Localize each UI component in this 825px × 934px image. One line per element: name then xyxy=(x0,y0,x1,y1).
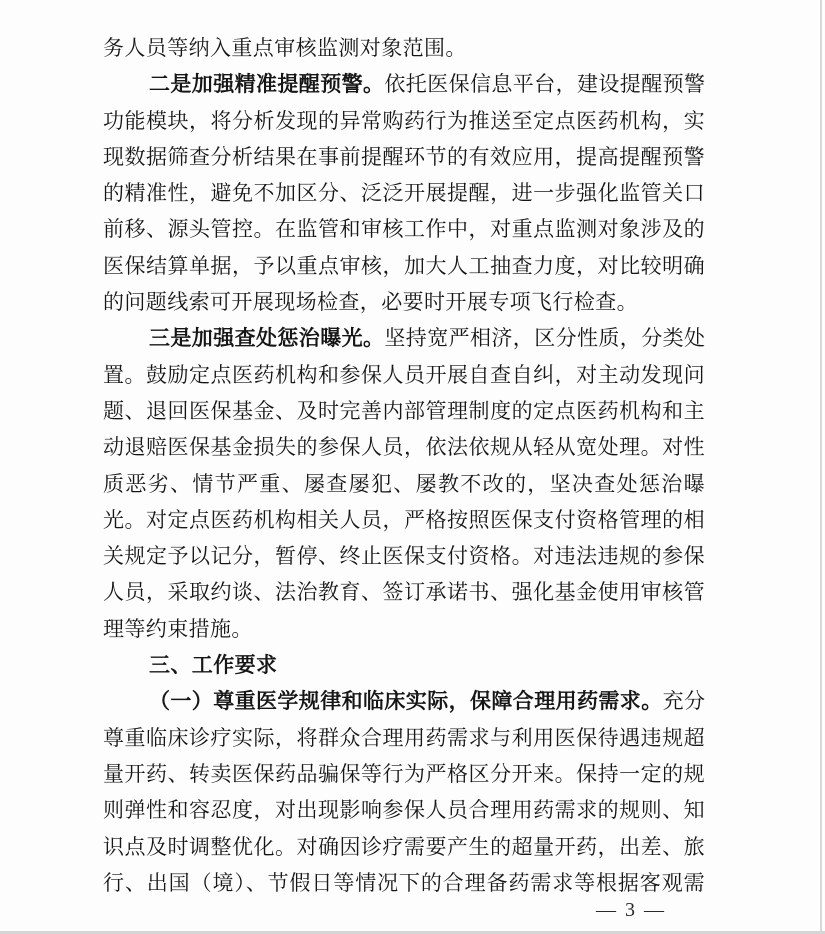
text-segment: 光。对定点医药机构相关人员，严格按照医保支付资格管理的相 xyxy=(103,508,705,532)
text-line: 量开药、转卖医保药品骗保等行为严格区分开来。保持一定的规 xyxy=(103,756,705,792)
text-line: 的问题线索可开展现场检查，必要时开展专项飞行检查。 xyxy=(103,284,705,320)
bold-text-segment: 三是加强查处惩治曝光。 xyxy=(149,326,384,350)
text-line: 功能模块，将分析发现的异常购药行为推送至定点医药机构，实 xyxy=(103,103,705,139)
text-line: 则弹性和容忍度，对出现影响参保人员合理用药需求的规则、知 xyxy=(103,792,705,828)
bold-text-segment: （一）尊重医学规律和临床实际，保障合理用药需求。 xyxy=(149,689,663,713)
text-line: 理等约束措施。 xyxy=(103,611,705,647)
text-segment: 质恶劣、情节严重、屡查屡犯、屡教不改的，坚决查处惩治曝 xyxy=(103,472,705,496)
text-segment: 行、出国（境）、节假日等情况下的合理备药需求等根据客观需 xyxy=(103,871,705,895)
text-line: 务人员等纳入重点审核监测对象范围。 xyxy=(103,30,705,66)
text-segment: 尊重临床诊疗实际，将群众合理用药需求与利用医保待遇违规超 xyxy=(103,726,705,750)
text-line: 二是加强精准提醒预警。依托医保信息平台，建设提醒预警 xyxy=(103,66,705,102)
text-segment: 置。鼓励定点医药机构和参保人员开展自查自纠，对主动发现问 xyxy=(103,363,705,387)
text-segment: 动退赔医保基金损失的参保人员，依法依规从轻从宽处理。对性 xyxy=(103,435,705,459)
text-segment: 关规定予以记分，暂停、终止医保支付资格。对违法违规的参保 xyxy=(103,544,705,568)
text-segment: 医保结算单据，予以重点审核，加大人工抽查力度，对比较明确 xyxy=(103,254,705,278)
text-line: 医保结算单据，予以重点审核，加大人工抽查力度，对比较明确 xyxy=(103,248,705,284)
text-line: 行、出国（境）、节假日等情况下的合理备药需求等根据客观需 xyxy=(103,865,705,901)
text-block: 务人员等纳入重点审核监测对象范围。二是加强精准提醒预警。依托医保信息平台，建设提… xyxy=(103,30,705,901)
scan-edge-right xyxy=(820,0,822,934)
text-line: 关规定予以记分，暂停、终止医保支付资格。对违法违规的参保 xyxy=(103,538,705,574)
text-line: 三是加强查处惩治曝光。坚持宽严相济，区分性质，分类处 xyxy=(103,320,705,356)
text-line: 光。对定点医药机构相关人员，严格按照医保支付资格管理的相 xyxy=(103,502,705,538)
text-segment: 理等约束措施。 xyxy=(103,617,253,641)
text-line: 现数据筛查分析结果在事前提醒环节的有效应用，提高提醒预警 xyxy=(103,139,705,175)
text-segment: 识点及时调整优化。对确因诊疗需要产生的超量开药，出差、旅 xyxy=(103,835,705,859)
text-segment: 人员，采取约谈、法治教育、签订承诺书、强化基金使用审核管 xyxy=(103,580,705,604)
bold-text-segment: 二是加强精准提醒预警。 xyxy=(149,72,384,96)
text-line: 前移、源头管控。在监管和审核工作中，对重点监测对象涉及的 xyxy=(103,211,705,247)
text-segment: 务人员等纳入重点审核监测对象范围。 xyxy=(103,36,467,60)
text-segment: 依托医保信息平台，建设提醒预警 xyxy=(384,72,705,96)
text-segment: 则弹性和容忍度，对出现影响参保人员合理用药需求的规则、知 xyxy=(103,798,705,822)
text-line: 三、工作要求 xyxy=(103,647,705,683)
text-segment: 题、退回医保基金、及时完善内部管理制度的定点医药机构和主 xyxy=(103,399,705,423)
text-segment: 的精准性，避免不加区分、泛泛开展提醒，进一步强化监管关口 xyxy=(103,181,705,205)
bold-text-segment: 三、工作要求 xyxy=(149,653,277,677)
text-segment: 的问题线索可开展现场检查，必要时开展专项飞行检查。 xyxy=(103,290,638,314)
text-line: 的精准性，避免不加区分、泛泛开展提醒，进一步强化监管关口 xyxy=(103,175,705,211)
text-line: 题、退回医保基金、及时完善内部管理制度的定点医药机构和主 xyxy=(103,393,705,429)
text-segment: 坚持宽严相济，区分性质，分类处 xyxy=(384,326,705,350)
page-number: — 3 — xyxy=(596,899,666,922)
text-line: 人员，采取约谈、法治教育、签订承诺书、强化基金使用审核管 xyxy=(103,574,705,610)
text-segment: 量开药、转卖医保药品骗保等行为严格区分开来。保持一定的规 xyxy=(103,762,705,786)
text-line: 识点及时调整优化。对确因诊疗需要产生的超量开药，出差、旅 xyxy=(103,829,705,865)
text-line: 尊重临床诊疗实际，将群众合理用药需求与利用医保待遇违规超 xyxy=(103,720,705,756)
text-line: 质恶劣、情节严重、屡查屡犯、屡教不改的，坚决查处惩治曝 xyxy=(103,466,705,502)
text-line: 置。鼓励定点医药机构和参保人员开展自查自纠，对主动发现问 xyxy=(103,357,705,393)
text-segment: 功能模块，将分析发现的异常购药行为推送至定点医药机构，实 xyxy=(103,109,705,133)
text-segment: 前移、源头管控。在监管和审核工作中，对重点监测对象涉及的 xyxy=(103,217,705,241)
text-segment: 现数据筛查分析结果在事前提醒环节的有效应用，提高提醒预警 xyxy=(103,145,705,169)
text-line: 动退赔医保基金损失的参保人员，依法依规从轻从宽处理。对性 xyxy=(103,429,705,465)
text-line: （一）尊重医学规律和临床实际，保障合理用药需求。充分 xyxy=(103,683,705,719)
text-segment: 充分 xyxy=(663,689,706,713)
document-page: 务人员等纳入重点审核监测对象范围。二是加强精准提醒预警。依托医保信息平台，建设提… xyxy=(0,0,825,934)
